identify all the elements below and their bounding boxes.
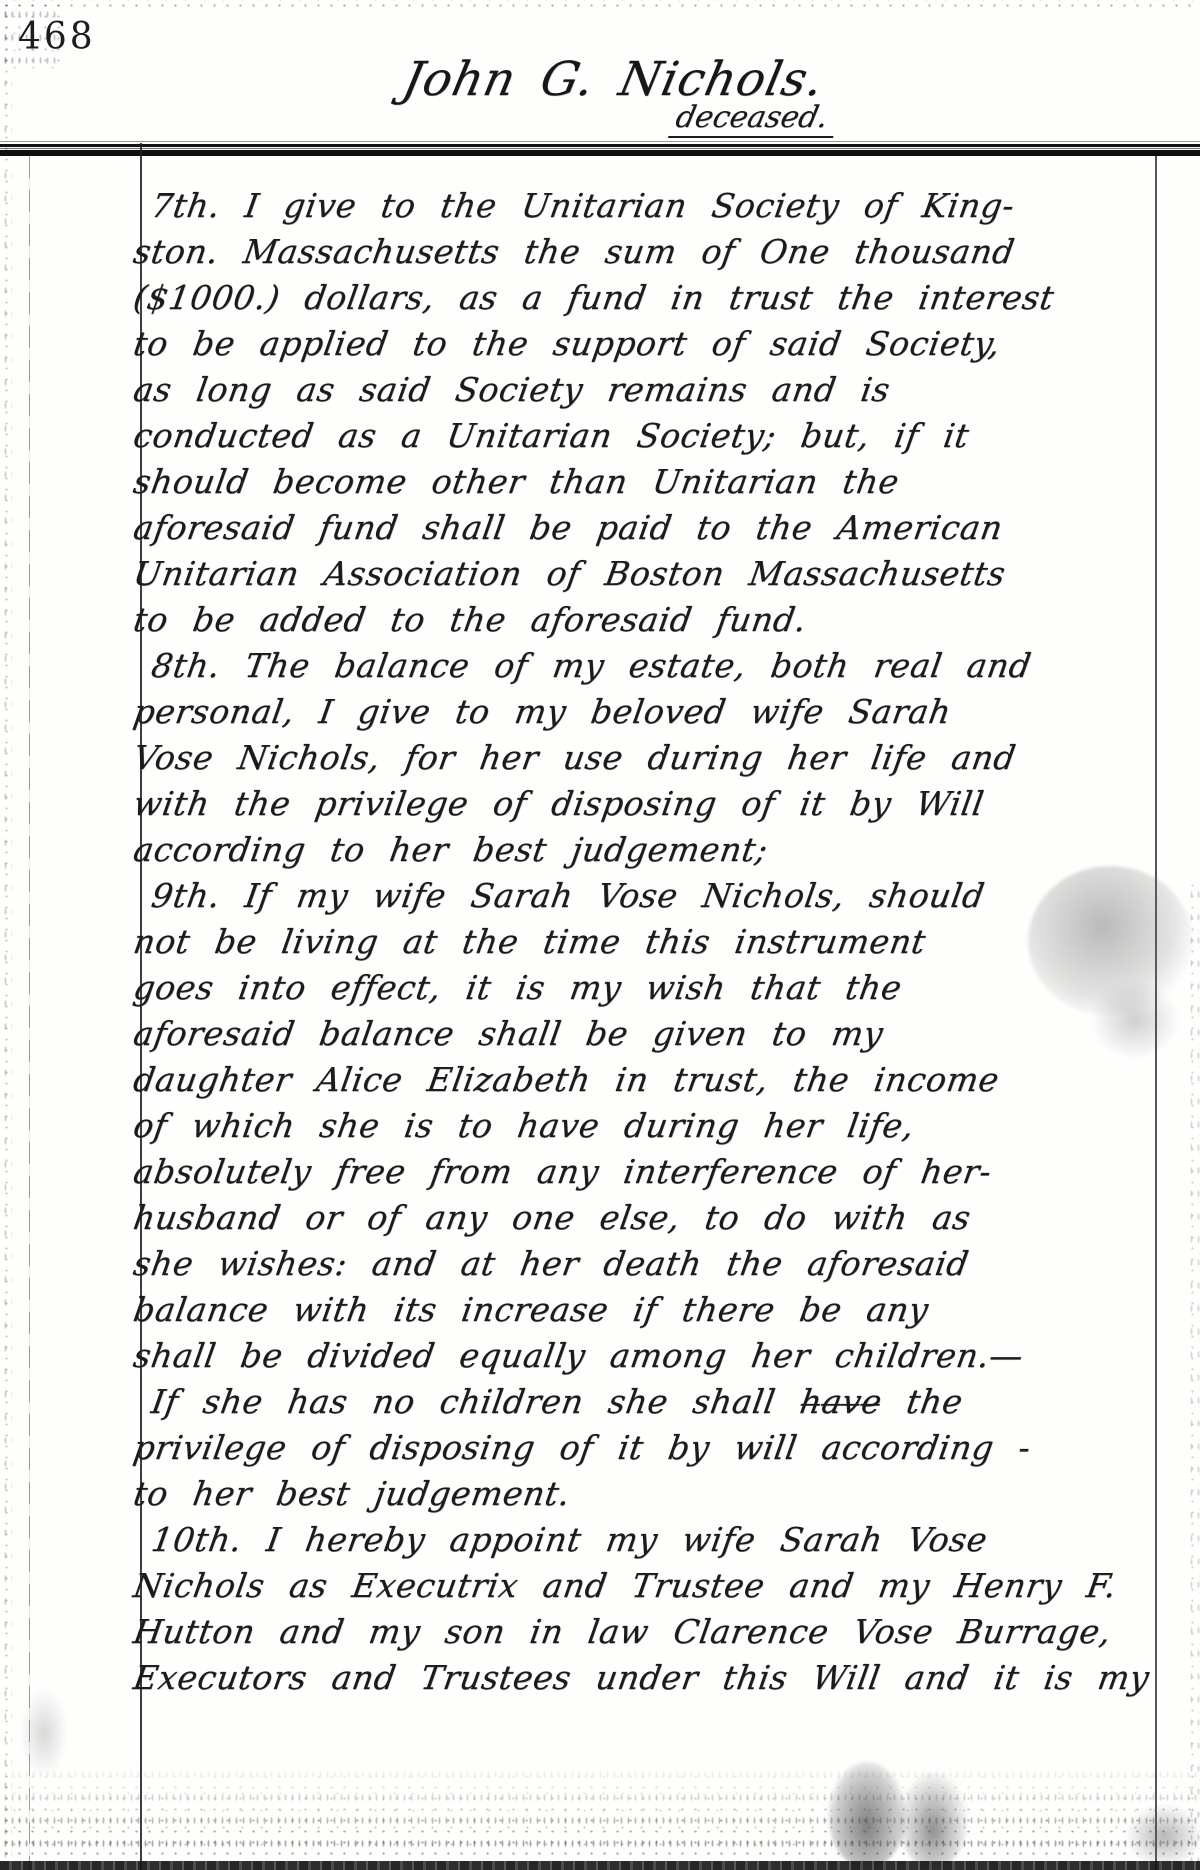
handwritten-line: Hutton and my son in law Clarence Vose B… [130, 1610, 1197, 1656]
handwritten-line: with the privilege of disposing of it by… [130, 782, 1197, 828]
handwritten-line: daughter Alice Elizabeth in trust, the i… [130, 1058, 1197, 1104]
handwritten-line: Unitarian Association of Boston Massachu… [130, 552, 1197, 598]
page-number: 468 [18, 15, 96, 58]
stain-left-lower [20, 1688, 68, 1778]
scanned-will-page: 468 John G. Nichols. deceased. 7th. I gi… [0, 0, 1200, 1870]
handwritten-line: she wishes: and at her death the aforesa… [130, 1242, 1197, 1288]
handwritten-line: shall be divided equally among her child… [130, 1334, 1197, 1380]
handwritten-line: 8th. The balance of my estate, both real… [130, 644, 1197, 690]
header-double-rule [0, 141, 1200, 157]
handwritten-line: to be added to the aforesaid fund. [130, 598, 1197, 644]
handwritten-line: ston. Massachusetts the sum of One thous… [130, 230, 1197, 276]
scan-noise-top-edge [0, 0, 1200, 10]
handwritten-line: personal, I give to my beloved wife Sara… [130, 690, 1197, 736]
scan-noise-left-edge [0, 0, 12, 1870]
handwritten-text-column: 7th. I give to the Unitarian Society of … [130, 184, 1190, 1702]
left-edge-rule [29, 156, 30, 1870]
handwritten-line: should become other than Unitarian the [130, 460, 1197, 506]
handwritten-line: goes into effect, it is my wish that the [130, 966, 1197, 1012]
handwritten-line: to be applied to the support of said Soc… [130, 322, 1197, 368]
handwritten-line: If she has no children she shall h̶a̶v̶e… [130, 1380, 1197, 1426]
handwritten-line: 10th. I hereby appoint my wife Sarah Vos… [130, 1518, 1197, 1564]
handwritten-line: conducted as a Unitarian Society; but, i… [130, 414, 1197, 460]
handwritten-line: 7th. I give to the Unitarian Society of … [130, 184, 1197, 230]
handwritten-line: according to her best judgement; [130, 828, 1197, 874]
handwritten-line: privilege of disposing of it by will acc… [130, 1426, 1197, 1472]
handwritten-line: ($1000.) dollars, as a fund in trust the… [130, 276, 1197, 322]
handwritten-line: Executors and Trustees under this Will a… [130, 1656, 1197, 1702]
stain-bottom-2 [898, 1772, 968, 1868]
handwritten-line: not be living at the time this instrumen… [130, 920, 1197, 966]
handwritten-line: as long as said Society remains and is [130, 368, 1197, 414]
deceased-label: deceased. [668, 100, 841, 138]
handwritten-line: to her best judgement. [130, 1472, 1197, 1518]
scan-bottom-edge-band [0, 1861, 1200, 1870]
handwritten-line: husband or of any one else, to do with a… [130, 1196, 1197, 1242]
handwritten-line: 9th. If my wife Sarah Vose Nichols, shou… [130, 874, 1197, 920]
stain-bottom-1 [828, 1762, 906, 1868]
handwritten-line: Vose Nichols, for her use during her lif… [130, 736, 1197, 782]
handwritten-line: absolutely free from any interference of… [130, 1150, 1197, 1196]
stain-bottom-right [1126, 1804, 1200, 1868]
decedent-name-heading: John G. Nichols. [398, 52, 829, 107]
handwritten-line: Nichols as Executrix and Trustee and my … [130, 1564, 1197, 1610]
handwritten-line: aforesaid balance shall be given to my [130, 1012, 1197, 1058]
handwritten-line: of which she is to have during her life, [130, 1104, 1197, 1150]
handwritten-line: aforesaid fund shall be paid to the Amer… [130, 506, 1197, 552]
scan-noise-bottom-fog [0, 1760, 1200, 1860]
handwritten-line: balance with its increase if there be an… [130, 1288, 1197, 1334]
